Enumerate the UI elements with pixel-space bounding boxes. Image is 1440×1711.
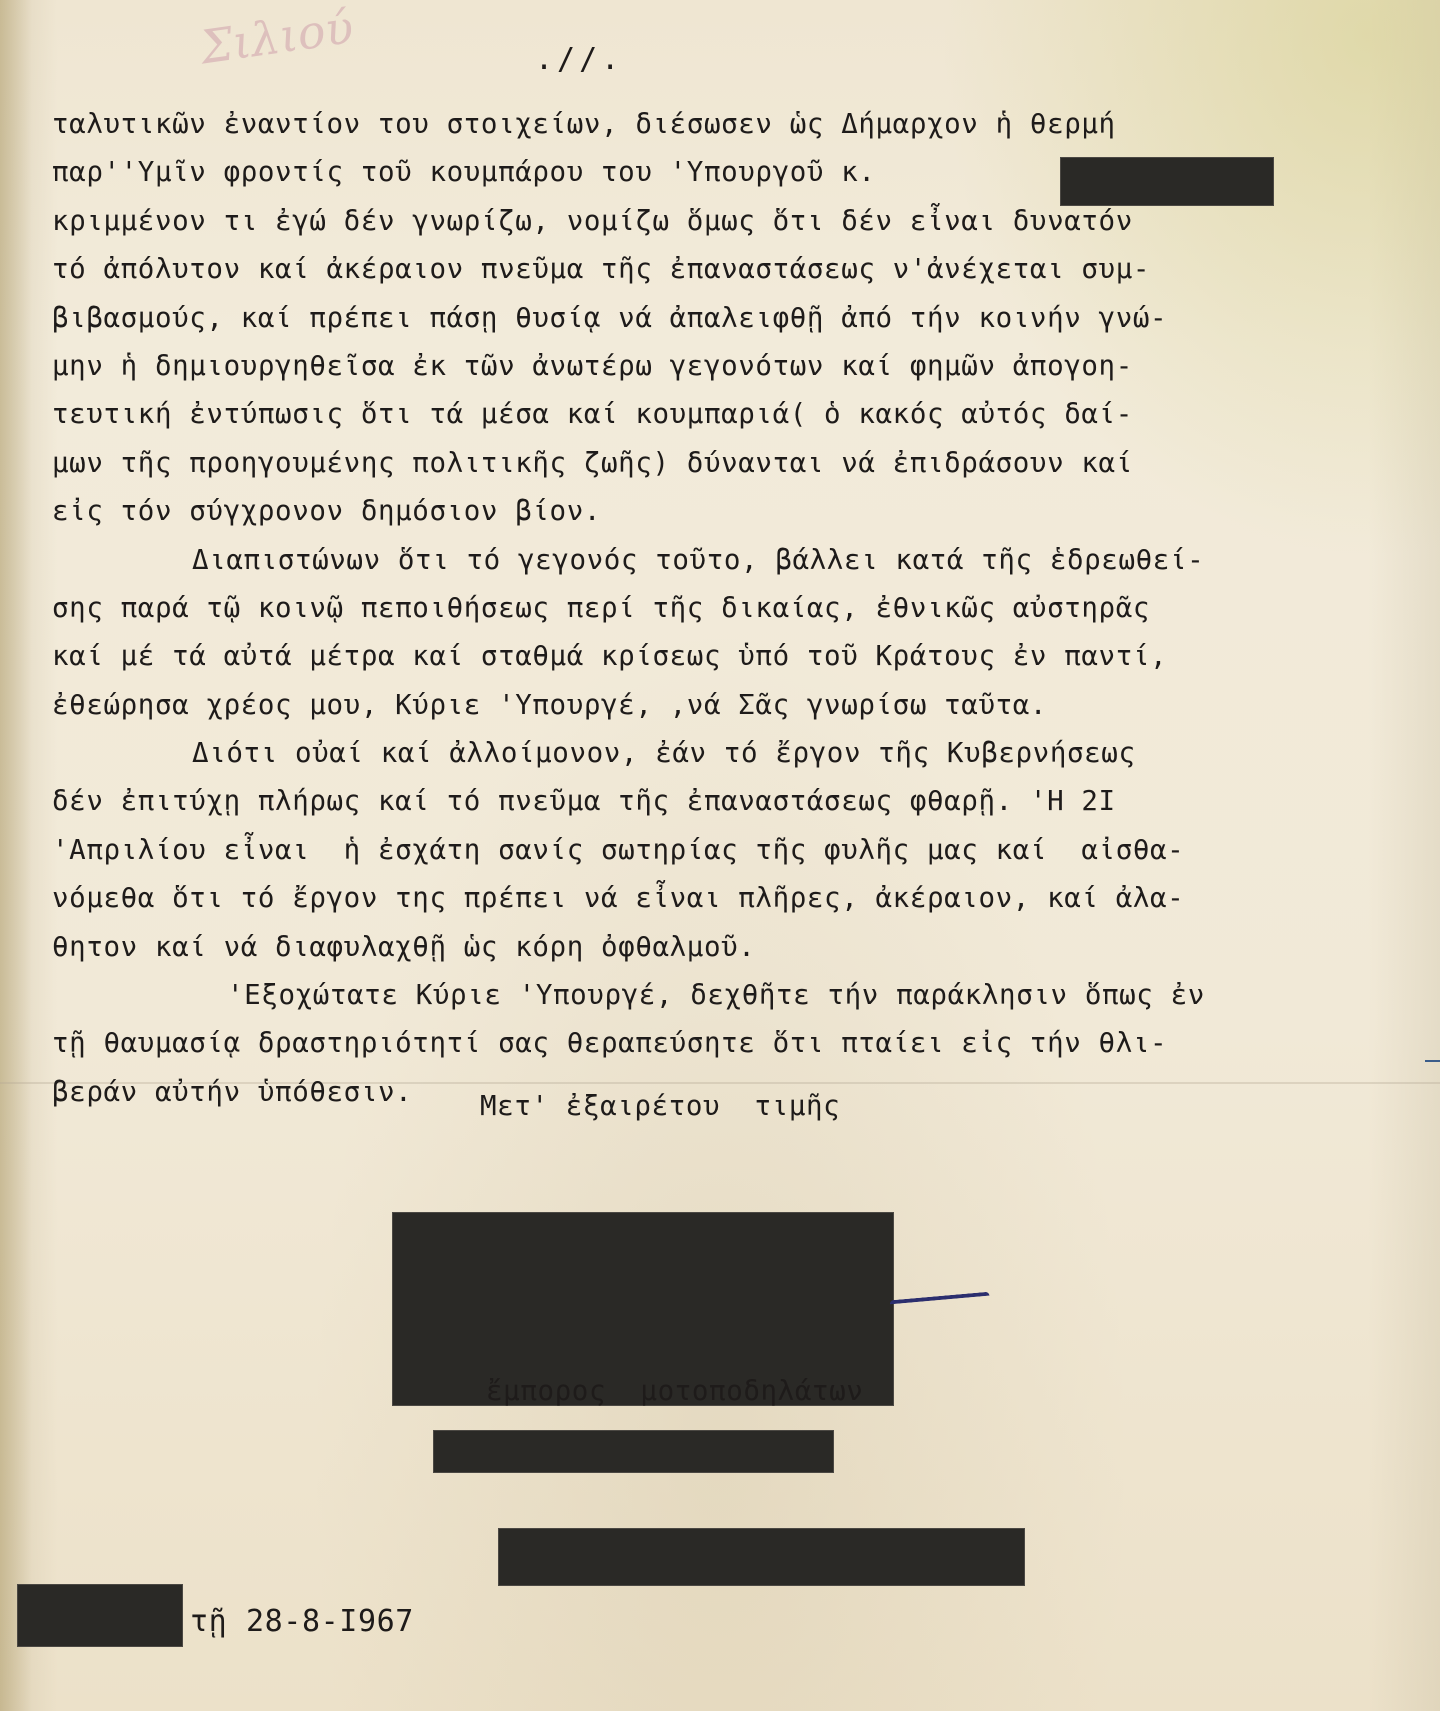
body-line: καί μέ τά αὐτά μέτρα καί σταθμά κρίσεως … xyxy=(52,632,1422,680)
body-line: σης παρά τῷ κοινῷ πεποιθήσεως περί τῆς δ… xyxy=(52,584,1422,632)
body-line: Διότι οὐαί καί ἀλλοίμονον, ἐάν τό ἔργον … xyxy=(52,729,1422,777)
body-line: νόμεθα ὅτι τό ἔργον της πρέπει νά εἶναι … xyxy=(52,874,1422,922)
redaction-place xyxy=(17,1584,183,1647)
body-line: τῇ θαυμασίᾳ δραστηριότητί σας θεραπεύσητ… xyxy=(52,1019,1422,1067)
body-line: εἰς τόν σύγχρονον δημόσιον βίον. xyxy=(52,487,1422,535)
body-line: μην ἡ δημιουργηθεῖσα ἐκ τῶν ἀνωτέρω γεγο… xyxy=(52,342,1422,390)
letter-body: ταλυτικῶν ἐναντίον του στοιχείων, διέσωσ… xyxy=(52,100,1422,1116)
body-line: θητον καί νά διαφυλαχθῇ ὡς κόρη ὀφθαλμοῦ… xyxy=(52,923,1422,971)
body-line: τευτική ἐντύπωσις ὅτι τά μέσα καί κουμπα… xyxy=(52,390,1422,438)
signer-occupation: ἔμπορος μοτοποδηλάτων xyxy=(486,1375,863,1407)
letter-date: τῇ 28-8-Ι967 xyxy=(190,1604,414,1639)
signature-stroke xyxy=(890,1292,991,1315)
body-line: μων τῆς προηγουμένης πολιτικῆς ζωῆς) δύν… xyxy=(52,439,1422,487)
margin-mark xyxy=(1425,1060,1440,1062)
redaction-name-minister-relative xyxy=(1060,157,1274,206)
page-marker: .//. xyxy=(535,42,623,77)
body-line: βιβασμούς, καί πρέπει πάσῃ θυσίᾳ νά ἀπαλ… xyxy=(52,294,1422,342)
body-line: 'Εξοχώτατε Κύριε 'Υπουργέ, δεχθῆτε τήν π… xyxy=(52,971,1422,1019)
body-line: ταλυτικῶν ἐναντίον του στοιχείων, διέσωσ… xyxy=(52,100,1422,148)
body-line: ἐθεώρησα χρέος μου, Κύριε 'Υπουργέ, ,νά … xyxy=(52,681,1422,729)
closing-salutation: Μετ' ἐξαιρέτου τιμῆς xyxy=(480,1090,840,1122)
body-line: δέν ἐπιτύχῃ πλήρως καί τό πνεῦμα τῆς ἐπα… xyxy=(52,777,1422,825)
redaction-address xyxy=(498,1528,1025,1586)
body-line: τό ἀπόλυτον καί ἀκέραιον πνεῦμα τῆς ἐπαν… xyxy=(52,245,1422,293)
page-left-edge xyxy=(0,0,32,1711)
pencil-annotation: Σιλιού xyxy=(197,0,356,74)
redaction-signer-name xyxy=(433,1430,834,1473)
body-line: 'Απριλίου εἶναι ἡ ἐσχάτη σανίς σωτηρίας … xyxy=(52,826,1422,874)
body-line: Διαπιστώνων ὅτι τό γεγονός τοῦτο, βάλλει… xyxy=(52,536,1422,584)
